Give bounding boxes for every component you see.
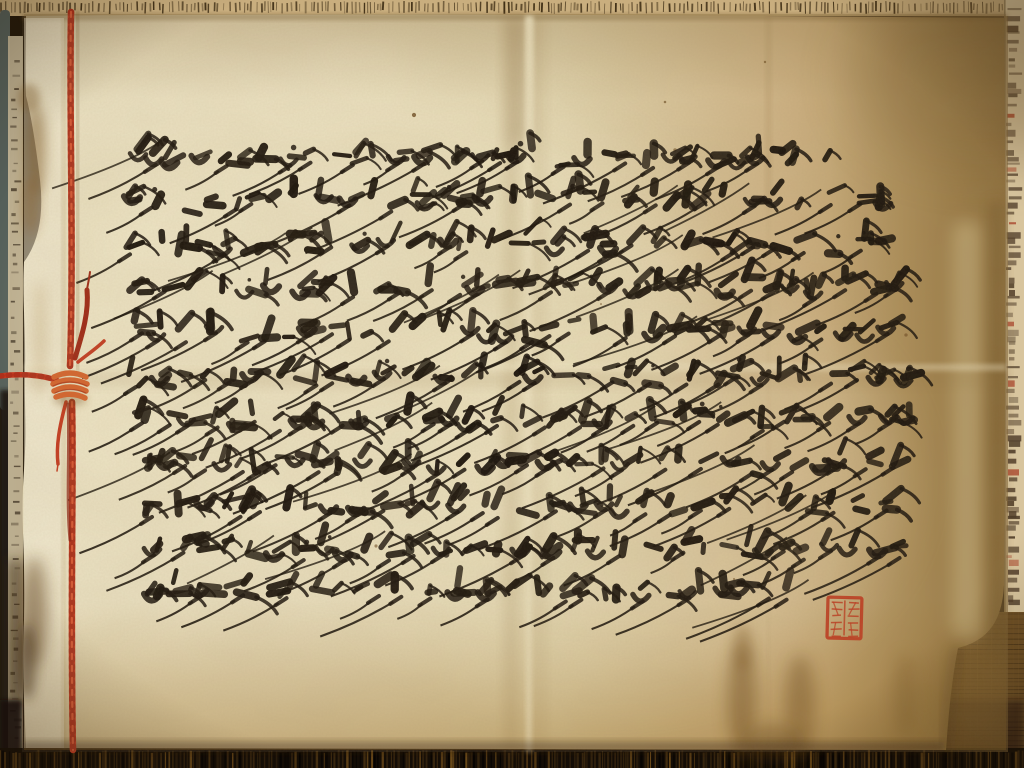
- manuscript-photo: [0, 0, 1024, 768]
- photo-vignette: [0, 0, 1024, 768]
